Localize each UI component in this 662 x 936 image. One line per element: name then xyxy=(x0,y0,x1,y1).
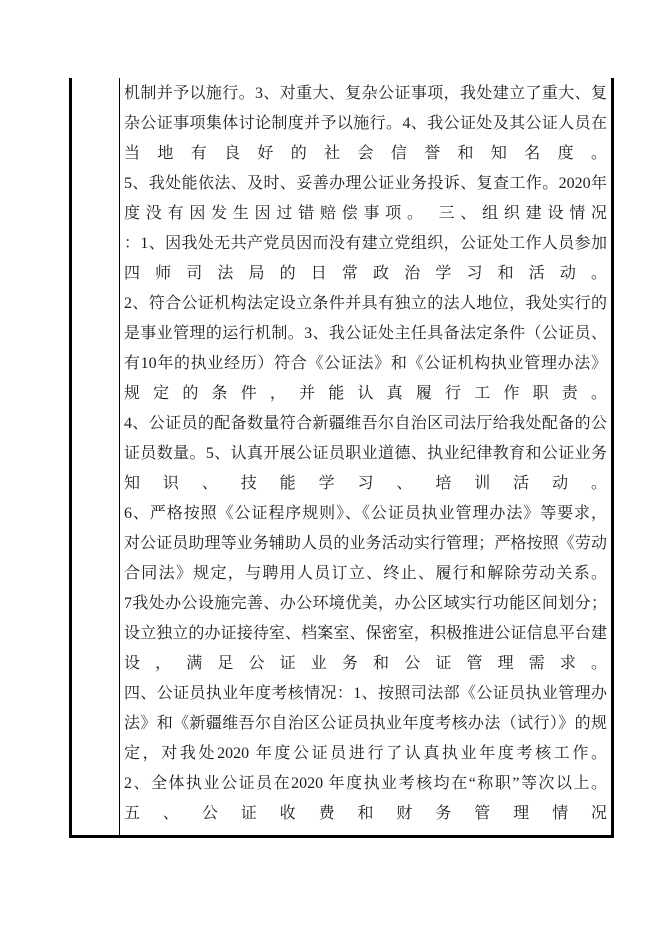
text-line: 5、我处能依法、及时、妥善办理公证业务投诉、复查工作。2020年 xyxy=(124,169,607,199)
text-line: 四、公证员执业年度考核情况：1、按照司法部《公证员执业管理办 xyxy=(124,679,607,709)
text-line: 2、符合公证机构法定设立条件并具有独立的法人地位，我处实行的 xyxy=(124,289,607,319)
text-line: 机制并予以施行。3、对重大、复杂公证事项，我处建立了重大、复 xyxy=(124,79,607,109)
text-line: 合同法》规定，与聘用人员订立、终止、履行和解除劳动关系。 xyxy=(124,559,607,589)
text-line: 五、公证收费和财务管理情况 xyxy=(124,799,607,829)
report-table-fragment: 机制并予以施行。3、对重大、复杂公证事项，我处建立了重大、复 杂公证事项集体讨论… xyxy=(69,78,614,838)
text-line: 当地有良好的社会信誉和知名度。 xyxy=(124,139,607,169)
text-line: 法》和《新疆维吾尔自治区公证员执业年度考核办法（试行）》的规 xyxy=(124,709,607,739)
text-line: 是事业管理的运行机制。3、我公证处主任具备法定条件（公证员、 xyxy=(124,319,607,349)
document-page: 机制并予以施行。3、对重大、复杂公证事项，我处建立了重大、复 杂公证事项集体讨论… xyxy=(0,0,662,936)
text-line: 6、严格按照《公证程序规则》、《公证员执业管理办法》等要求， xyxy=(124,499,607,529)
text-line: 定，对我处2020 年度公证员进行了认真执业年度考核工作。 xyxy=(124,739,607,769)
text-line: 规定的条件，并能认真履行工作职责。 xyxy=(124,379,607,409)
text-line: 证员数量。5、认真开展公证员职业道德、执业纪律教育和公证业务 xyxy=(124,439,607,469)
text-line: 4、公证员的配备数量符合新疆维吾尔自治区司法厅给我处配备的公 xyxy=(124,409,607,439)
text-line: 有10年的执业经历）符合《公证法》和《公证机构执业管理办法》 xyxy=(124,349,607,379)
text-line: ：1、因我处无共产党员因而没有建立党组织，公证处工作人员参加 xyxy=(124,229,607,259)
report-text-cell: 机制并予以施行。3、对重大、复杂公证事项，我处建立了重大、复 杂公证事项集体讨论… xyxy=(120,78,611,835)
text-line: 杂公证事项集体讨论制度并予以施行。4、我公证处及其公证人员在 xyxy=(124,109,607,139)
text-line: 设立独立的办证接待室、档案室、保密室，积极推进公证信息平台建 xyxy=(124,619,607,649)
text-line: 四师司法局的日常政治学习和活动。 xyxy=(124,259,607,289)
text-line: 2、全体执业公证员在2020 年度执业考核均在“称职”等次以上。 xyxy=(124,769,607,799)
text-line: 设，满足公证业务和公证管理需求。 xyxy=(124,649,607,679)
text-line: 知识、技能学习、培训活动。 xyxy=(124,469,607,499)
text-line: 7我处办公设施完善、办公环境优美，办公区域实行功能区间划分； xyxy=(124,589,607,619)
label-cell-empty xyxy=(72,78,120,835)
text-line: 对公证员助理等业务辅助人员的业务活动实行管理；严格按照《劳动 xyxy=(124,529,607,559)
text-line: 度没有因发生因过错赔偿事项。 三、组织建设情况 xyxy=(124,199,607,229)
